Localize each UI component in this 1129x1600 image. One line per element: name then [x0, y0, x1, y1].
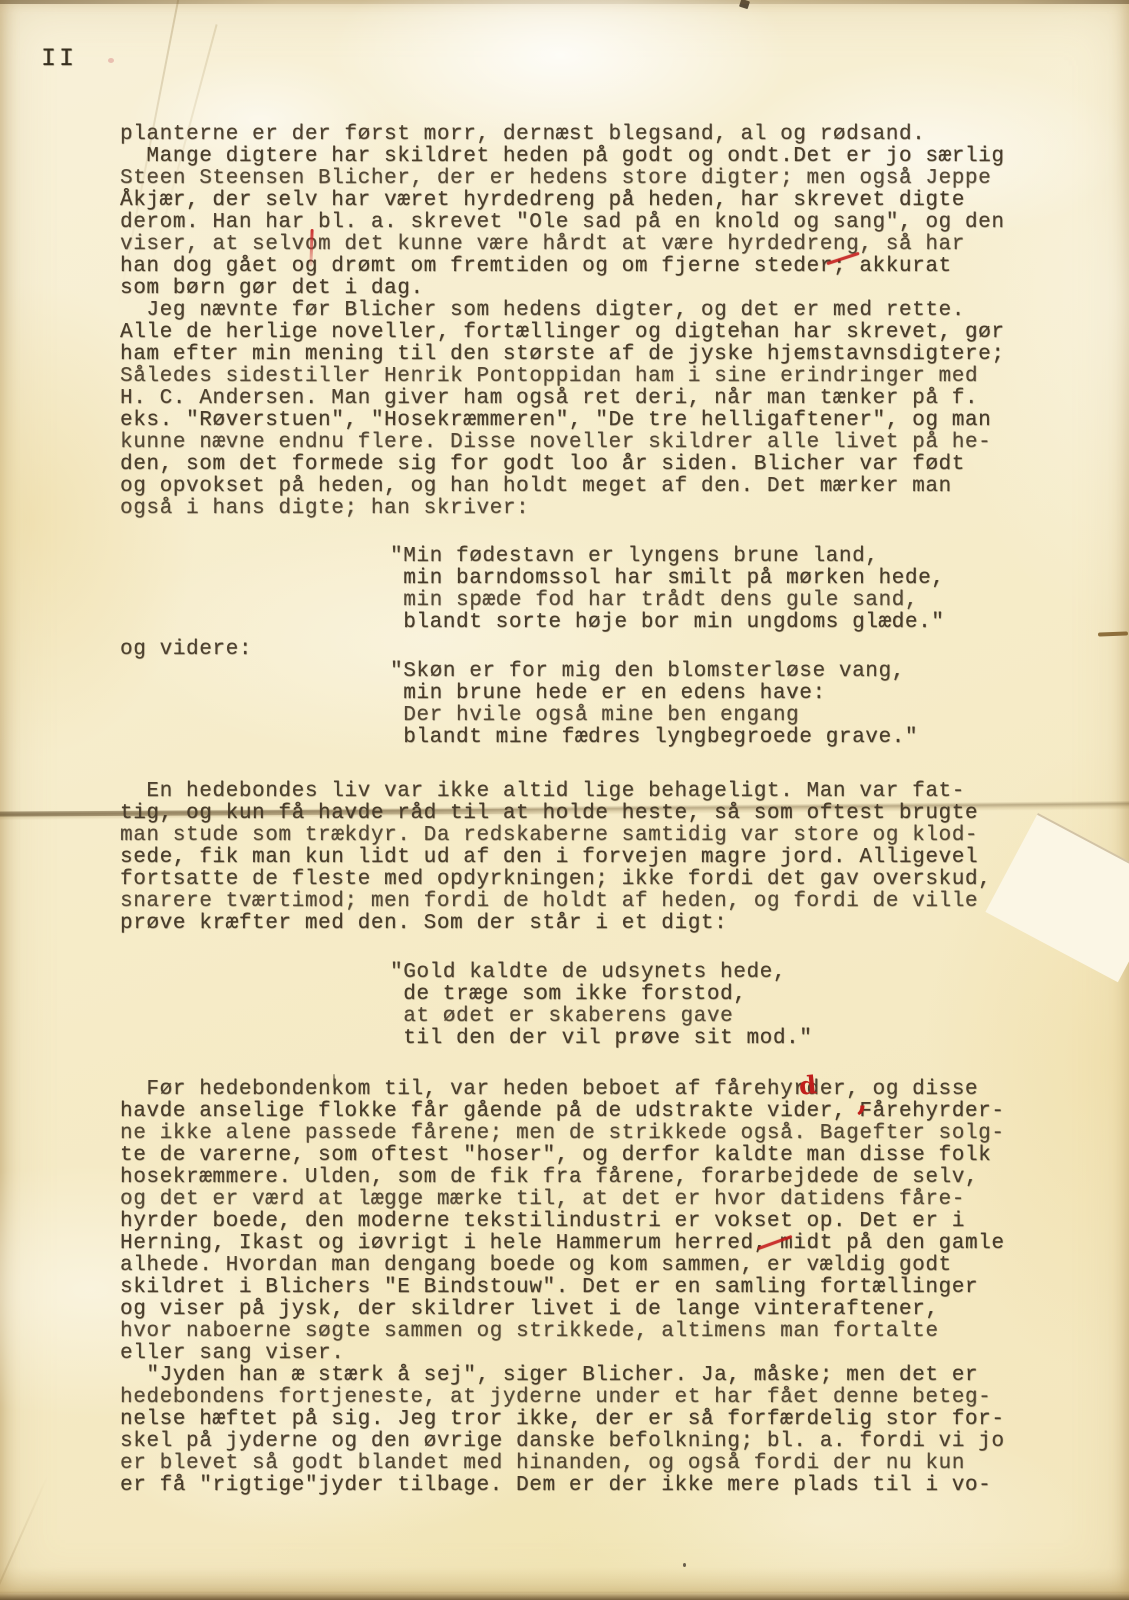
text-line: te de varerne, som oftest "hoser", og de…: [120, 1145, 1050, 1167]
text-line: hyrder boede, den moderne tekstilindustr…: [120, 1211, 1050, 1233]
text-line: og det er værd at lægge mærke til, at de…: [120, 1189, 1050, 1211]
pen-mark-right-edge: [1098, 631, 1128, 636]
text-line: skel på jyderne og den øvrige danske bef…: [120, 1431, 1050, 1453]
text-line: min brune hede er en edens have:: [390, 683, 1050, 705]
text-line: kunne nævne endnu flere. Disse noveller …: [120, 432, 1050, 454]
paper-edge-bottom-shade: [0, 1567, 1129, 1593]
verse-block: "Skøn er for mig den blomsterløse vang, …: [120, 661, 1050, 749]
text-line: er blevet så godt blandet med hinanden, …: [120, 1453, 1050, 1475]
text-column: planterne er der først morr, dernæst ble…: [120, 124, 1050, 1497]
text-line: den, som det formede sig for godt loo år…: [120, 454, 1050, 476]
text-line: havde anselige flokke får gående på de u…: [120, 1101, 1050, 1123]
paragraph-block: planterne er der først morr, dernæst ble…: [120, 124, 1050, 520]
text-line: hvor naboerne søgte sammen og strikkede,…: [120, 1321, 1050, 1343]
verse-block: "Gold kaldte de udsynets hede, de træge …: [120, 962, 1050, 1050]
text-line: man stude som trækdyr. Da redskaberne sa…: [120, 825, 1050, 847]
paper-smudge: [108, 58, 114, 63]
text-line: tig, og kun få havde råd til at holde he…: [120, 803, 1050, 825]
scanned-document-page: II planterne er der først morr, dernæst …: [0, 0, 1129, 1600]
text-line: til den der vil prøve sit mod.": [390, 1028, 1050, 1050]
text-line: er få "rigtige"jyder tilbage. Dem er der…: [120, 1475, 1050, 1497]
page-number: II: [41, 44, 77, 73]
text-line: hedebondens fortjeneste, at jyderne unde…: [120, 1387, 1050, 1409]
text-line: og viser på jysk, der skildrer livet i d…: [120, 1299, 1050, 1321]
text-line: og opvokset på heden, og han holdt meget…: [120, 476, 1050, 498]
text-line: Mange digtere har skildret heden på godt…: [120, 146, 1050, 168]
text-line: Steen Steensen Blicher, der er hedens st…: [120, 168, 1050, 190]
text-line: H. C. Andersen. Man giver ham også ret d…: [120, 388, 1050, 410]
verse-block: "Min fødestavn er lyngens brune land, mi…: [120, 546, 1050, 634]
text-line: prøve kræfter med den. Som der står i et…: [120, 913, 1050, 935]
text-line: "Jyden han æ stærk å sej", siger Blicher…: [120, 1365, 1050, 1387]
text-line: derom. Han har bl. a. skrevet "Ole sad p…: [120, 212, 1050, 234]
text-line: min spæde fod har trådt dens gule sand,: [390, 590, 1050, 612]
text-line: Alle de herlige noveller, fortællinger o…: [120, 322, 1050, 344]
text-line: de træge som ikke forstod,: [390, 984, 1050, 1006]
text-line: hosekræmmere. Ulden, som de fik fra fåre…: [120, 1167, 1050, 1189]
text-line: "Skøn er for mig den blomsterløse vang,: [390, 661, 1050, 683]
paragraph-block: En hedebondes liv var ikke altid lige be…: [120, 781, 1050, 935]
text-line: at ødet er skaberens gave: [390, 1006, 1050, 1028]
text-line: alhede. Hvordan man dengang boede og kom…: [120, 1255, 1050, 1277]
text-line: sede, fik man kun lidt ud af den i forve…: [120, 847, 1050, 869]
paper-edge-top: [0, 0, 1129, 4]
text-line: også i hans digte; han skriver:: [120, 498, 1050, 520]
text-line: Herning, Ikast og iøvrigt i hele Hammeru…: [120, 1233, 1050, 1255]
text-line: ne ikke alene passede fårene; men de str…: [120, 1123, 1050, 1145]
text-line: planterne er der først morr, dernæst ble…: [120, 124, 1050, 146]
text-line: Således sidestiller Henrik Pontoppidan h…: [120, 366, 1050, 388]
text-line: En hedebondes liv var ikke altid lige be…: [120, 781, 1050, 803]
text-line: han dog gået og drømt om fremtiden og om…: [120, 256, 1050, 278]
text-line: eks. "Røverstuen", "Hosekræmmeren", "De …: [120, 410, 1050, 432]
text-line: "Min fødestavn er lyngens brune land,: [390, 546, 1050, 568]
text-line: skildret i Blichers "E Bindstouw". Det e…: [120, 1277, 1050, 1299]
text-line: Før hedebondenkom til, var heden beboet …: [120, 1079, 1050, 1101]
text-line: blandt sorte høje bor min ungdoms glæde.…: [390, 612, 1050, 634]
text-line: nelse hæftet på sig. Jeg tror ikke, der …: [120, 1409, 1050, 1431]
text-line: "Gold kaldte de udsynets hede,: [390, 962, 1050, 984]
text-line: fortsatte de fleste med opdyrkningen; ik…: [120, 869, 1050, 891]
text-line: snarere tværtimod; men fordi de holdt af…: [120, 891, 1050, 913]
text-line: ham efter min mening til den største af …: [120, 344, 1050, 366]
text-line: viser, at selvom det kunne være hårdt at…: [120, 234, 1050, 256]
text-line: som børn gør det i dag.: [120, 278, 1050, 300]
paper-edge-bottom: [0, 1591, 1129, 1600]
text-line: Åkjær, der selv har været hyrdedreng på …: [120, 190, 1050, 212]
text-line: Der hvile også mine ben engang: [390, 705, 1050, 727]
paragraph-block: og videre:: [120, 639, 1050, 661]
text-line: blandt mine fædres lyngbegroede grave.": [390, 727, 1050, 749]
text-line: Jeg nævnte før Blicher som hedens digter…: [120, 300, 1050, 322]
text-line: min barndomssol har smilt på mørken hede…: [390, 568, 1050, 590]
text-line: eller sang viser.: [120, 1343, 1050, 1365]
text-line: og videre:: [120, 639, 1050, 661]
paragraph-block: Før hedebondenkom til, var heden beboet …: [120, 1079, 1050, 1497]
